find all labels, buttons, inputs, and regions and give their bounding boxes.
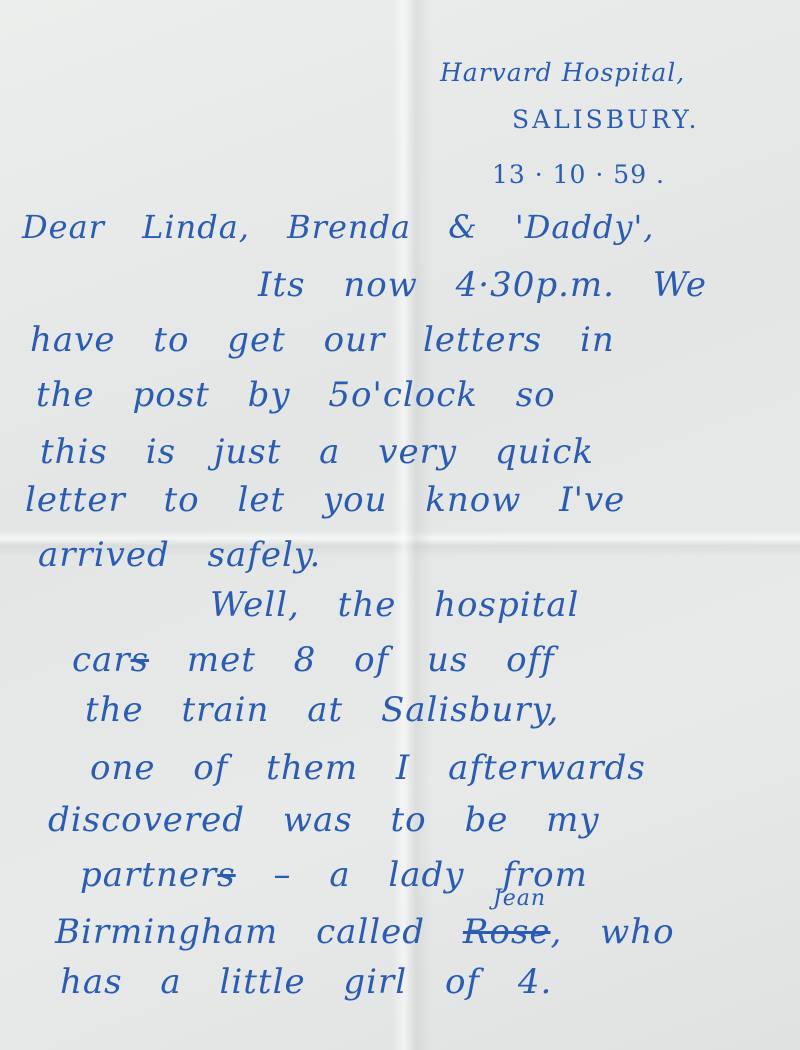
letter-line-10: one of them I afterwards — [90, 748, 646, 788]
letter-date: 13 · 10 · 59 . — [492, 160, 665, 189]
letter-line-7: Well, the hospital — [210, 585, 579, 625]
letter-line-13: Birmingham called Rose Jean , who — [55, 912, 675, 952]
letter-line-8: cars met 8 of us off — [72, 640, 555, 680]
word-car: car — [72, 640, 131, 680]
struck-letter: s — [217, 855, 235, 895]
letter-line-6: arrived safely. — [38, 535, 321, 575]
dash: – — [274, 855, 292, 895]
line-12-text: a lady from — [329, 855, 588, 895]
letter-line-3: the post by 5o'clock so — [36, 375, 556, 415]
address-line-hospital: Harvard Hospital, — [440, 58, 685, 87]
letter-line-4: this is just a very quick — [40, 432, 594, 472]
line-13-end: , who — [551, 912, 675, 952]
struck-letter: s — [131, 640, 149, 680]
letter-line-14: has a little girl of 4. — [60, 962, 552, 1002]
line-8-text: met 8 of us off — [187, 640, 555, 680]
letter-line-1: Its now 4·30p.m. We — [258, 265, 707, 305]
letter-line-5: letter to let you know I've — [25, 480, 625, 520]
address-line-city: SALISBURY. — [512, 105, 700, 134]
line-13-text: Birmingham called — [55, 912, 425, 952]
inserted-name: Jean — [493, 886, 546, 911]
letter-line-9: the train at Salisbury, — [85, 690, 559, 730]
letter-line-2: have to get our letters in — [30, 320, 615, 360]
word-partner: partner — [80, 855, 217, 895]
name-correction: Rose Jean — [463, 912, 551, 952]
letter-page: Harvard Hospital, SALISBURY. 13 · 10 · 5… — [0, 0, 800, 1050]
struck-name: Rose — [463, 912, 551, 952]
letter-line-11: discovered was to be my — [48, 800, 600, 840]
salutation: Dear Linda, Brenda & 'Daddy', — [22, 208, 654, 246]
